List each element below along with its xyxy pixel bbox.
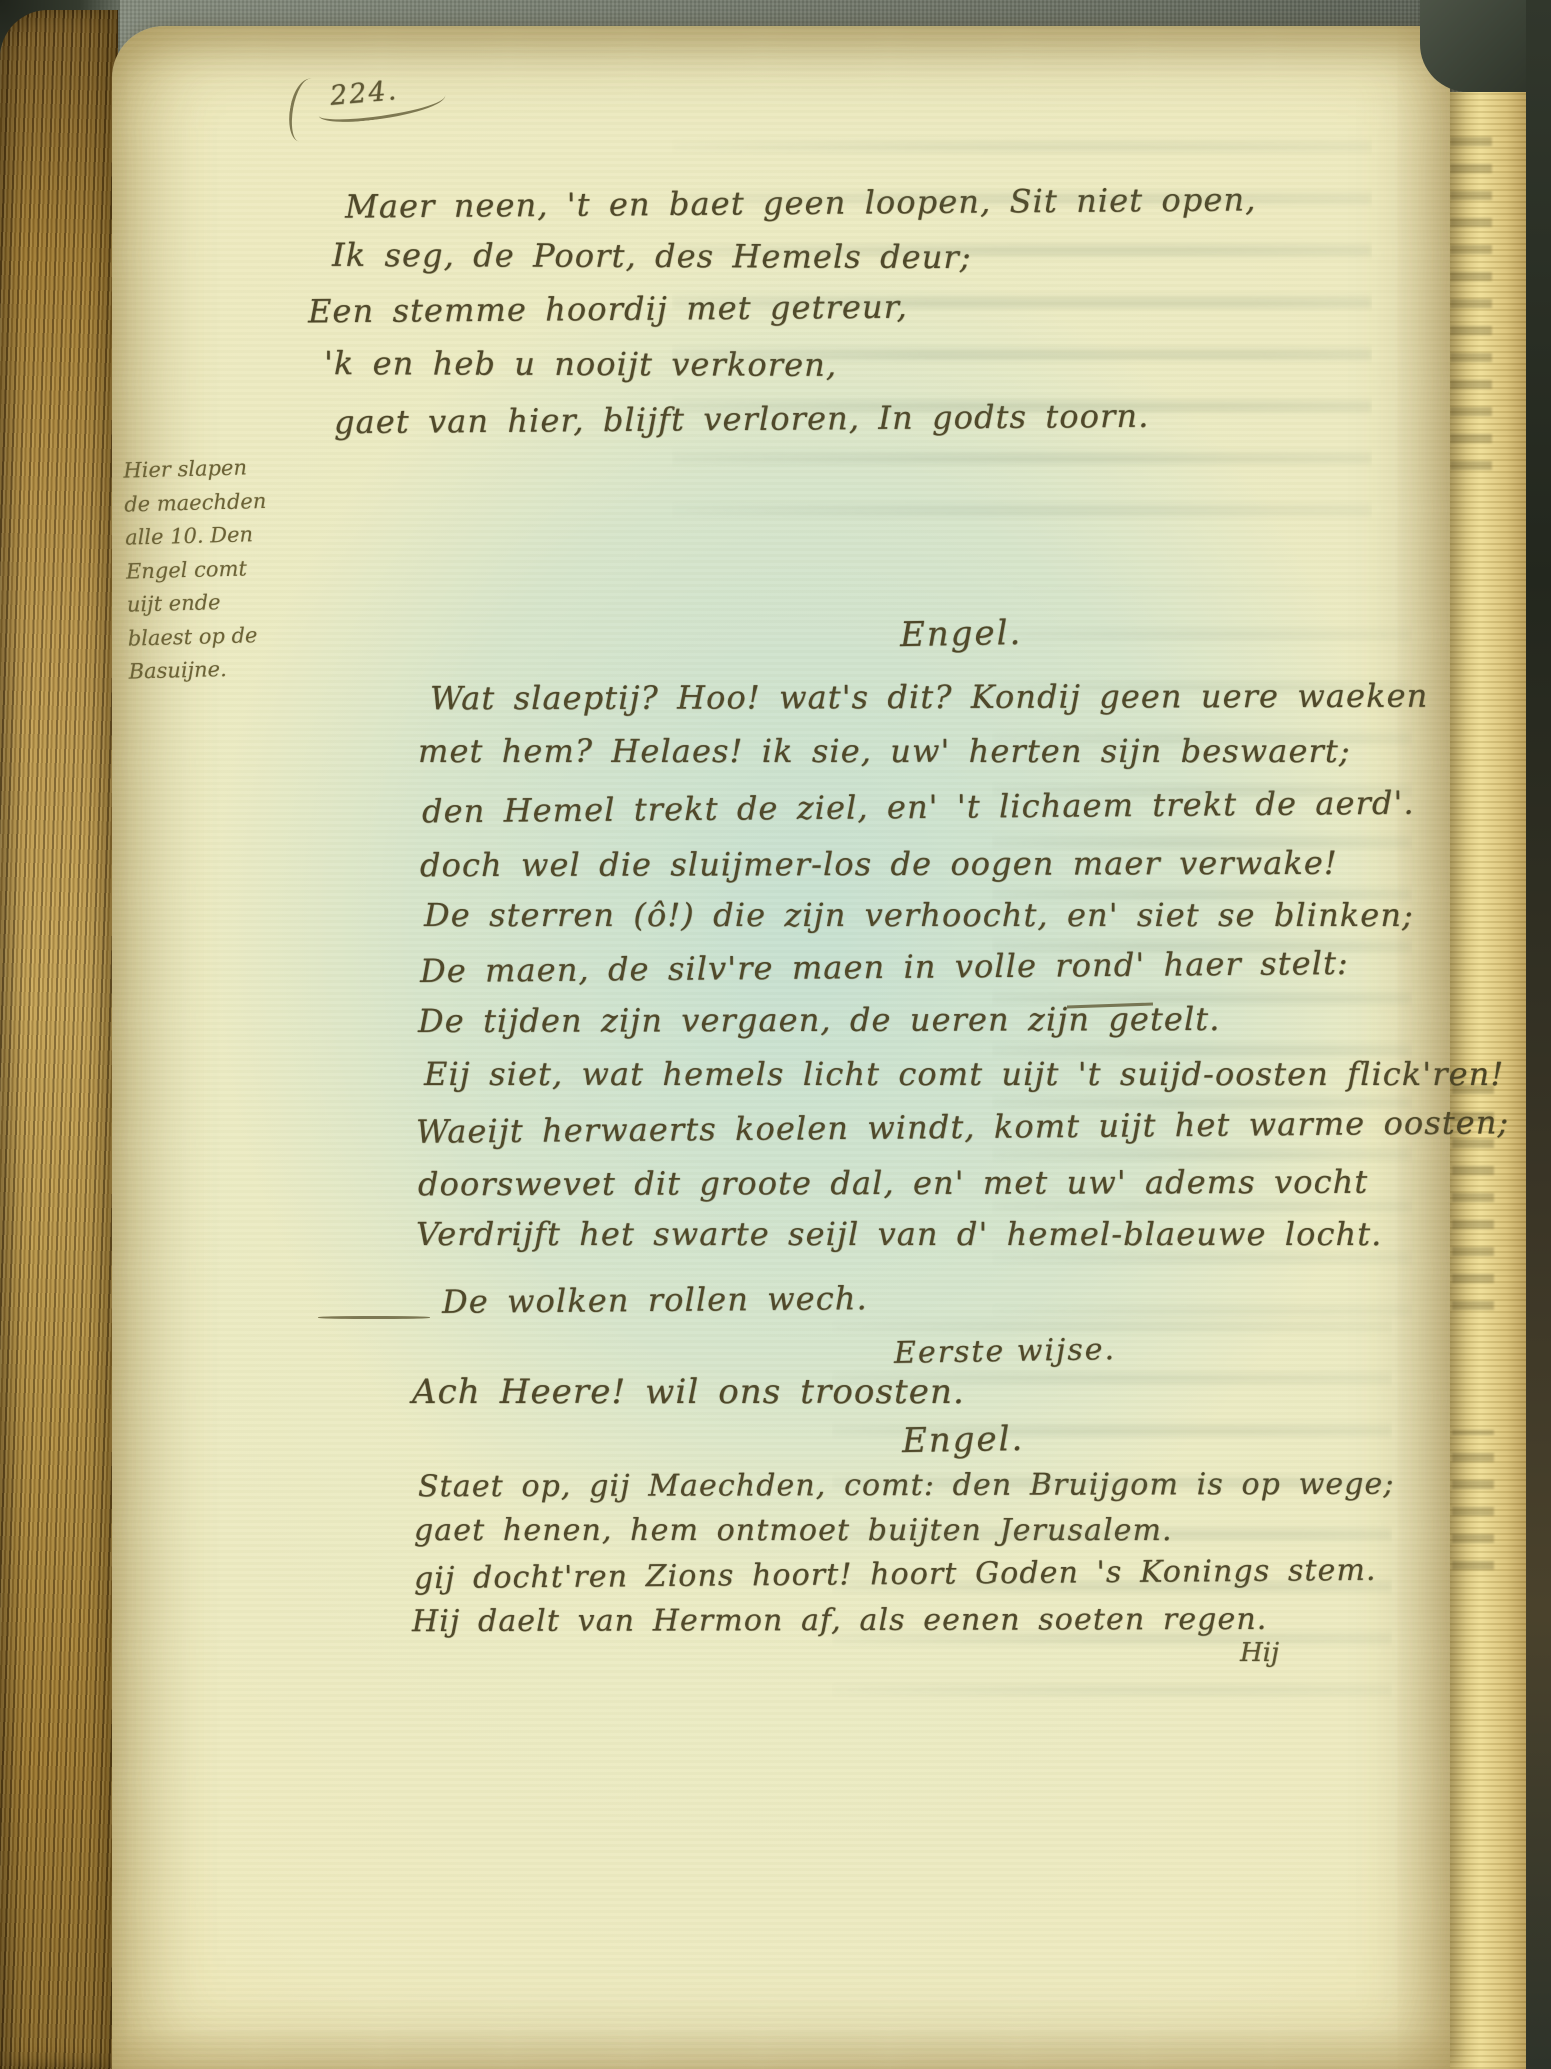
speech-line: met hem? Helaes! ik sie, uw' herten sijn… <box>418 732 1351 770</box>
speech-line: Staet op, gij Maechden, comt: den Bruijg… <box>418 1467 1395 1505</box>
adjacent-page-ink-fragments <box>1452 1430 1494 1570</box>
margin-note-line: alle 10. Den <box>125 516 326 555</box>
speech-line: Wat slaeptij? Hoo! wat's dit? Kondij gee… <box>430 677 1428 718</box>
speech-line: gaet henen, hem ontmoet buijten Jerusale… <box>414 1513 1173 1548</box>
stanza-line: Een stemme hoordij met getreur, <box>308 288 908 331</box>
speech-line: De maen, de silv're maen in volle rond' … <box>420 944 1349 990</box>
margin-note-line: Basuijne. <box>128 650 329 689</box>
margin-note-line: Hier slapen <box>123 449 324 488</box>
speech-line: Verdrijft het swarte seijl van d' hemel-… <box>416 1215 1382 1253</box>
margin-note-line: de maechden <box>124 483 325 522</box>
margin-note-line: blaest op de <box>127 617 328 656</box>
speech-line: Waeijt herwaerts koelen windt, komt uijt… <box>416 1103 1510 1151</box>
stanza-line: Ik seg, de Poort, des Hemels deur; <box>332 236 972 276</box>
pen-lead-dash <box>318 1316 430 1319</box>
margin-note-line: Engel comt <box>126 550 327 589</box>
margin-note-line: uijt ende <box>126 583 327 622</box>
stanza-line: Maer neen, 't en baet geen loopen, Sit n… <box>345 180 1257 225</box>
adjacent-page-ink-fragments <box>1450 120 1492 470</box>
speech-line: doorswevet dit groote dal, en' met uw' a… <box>418 1163 1368 1203</box>
book-binding-edge <box>1526 0 1551 2069</box>
speech-line: De wolken rollen wech. <box>442 1279 868 1321</box>
manuscript-photo: 224. Maer neen, 't en baet geen loopen, … <box>0 0 1551 2069</box>
manuscript-page: 224. Maer neen, 't en baet geen loopen, … <box>112 26 1450 2069</box>
speech-line: den Hemel trekt de ziel, en' 't lichaem … <box>422 784 1415 831</box>
song-line: Ach Heere! wil ons troosten. <box>412 1372 965 1412</box>
speaker-heading-engel: Engel. <box>900 613 1023 655</box>
word-underline-rond <box>1067 1003 1153 1009</box>
bleedthrough-ghost-text <box>992 586 1412 1346</box>
speech-line: doch wel die sluijmer-los de oogen maer … <box>420 844 1338 884</box>
speech-line: Hij daelt van Hermon af, als eenen soete… <box>412 1602 1267 1639</box>
speech-line: De sterren (ô!) die zijn verhoocht, en' … <box>424 896 1414 934</box>
song-heading: Eerste wijse. <box>894 1332 1117 1371</box>
margin-stage-direction: Hier slapen de maechden alle 10. Den Eng… <box>123 449 329 689</box>
speech-line: gij docht'ren Zions hoort! hoort Goden '… <box>414 1553 1377 1596</box>
book-fore-edge-pages <box>0 10 118 2069</box>
pen-flourish-underline <box>317 85 447 125</box>
speaker-heading-engel: Engel. <box>902 1419 1025 1461</box>
stanza-line: 'k en heb u nooijt verkoren, <box>324 344 837 384</box>
speech-line: Eij siet, wat hemels licht comt uijt 't … <box>424 1055 1504 1093</box>
catchword: Hij <box>1240 1638 1279 1668</box>
stanza-line: gaet van hier, blijft verloren, In godts… <box>334 397 1150 441</box>
bleedthrough-ghost-text <box>672 126 1372 546</box>
bleedthrough-ghost-text <box>832 1306 1392 1726</box>
